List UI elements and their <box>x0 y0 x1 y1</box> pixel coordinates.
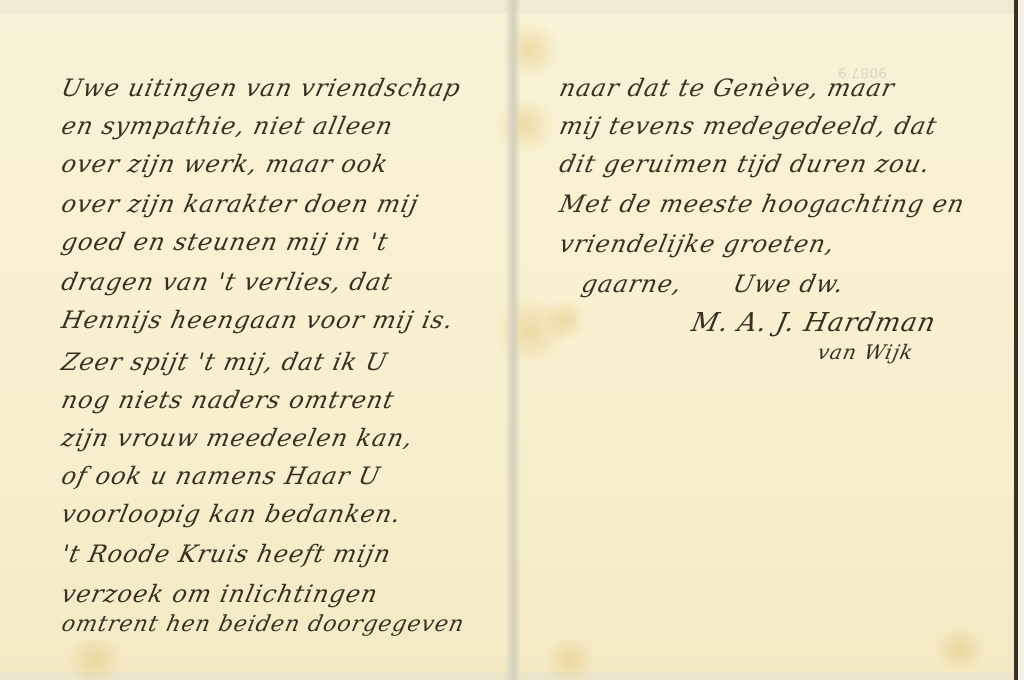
text-line: voorloopig kan bedanken. <box>59 500 404 528</box>
signature-line-2: van Wijk <box>815 340 915 364</box>
text-line: Met de meeste hoogachting en <box>557 190 968 218</box>
text-line: goed en steunen mij in 't <box>59 228 391 256</box>
text-line: naar dat te Genève, maar <box>557 74 897 102</box>
text-line: dragen van 't verlies, dat <box>59 268 395 296</box>
text-line: 't Roode Kruis heeft mijn <box>59 540 394 568</box>
text-line: verzoek om inlichtingen <box>59 580 381 608</box>
text-line: over zijn werk, maar ook <box>59 150 391 178</box>
text-line: gaarne, Uwe dw. <box>579 270 847 298</box>
text-line: vriendelijke groeten, <box>557 230 837 258</box>
right-page: naar dat te Genève, maar mij tevens mede… <box>516 0 1010 680</box>
text-line: zijn vrouw meedeelen kan, <box>59 424 416 452</box>
text-line: nog niets naders omtrent <box>59 386 397 414</box>
left-page: Uwe uitingen van vriendschap en sympathi… <box>0 0 510 680</box>
text-line: omtrent hen beiden doorgegeven <box>59 612 466 637</box>
text-line: dit geruimen tijd duren zou. <box>557 150 933 178</box>
text-line: Hennijs heengaan voor mij is. <box>59 306 456 334</box>
text-line: over zijn karakter doen mij <box>59 190 421 218</box>
text-line: Zeer spijt 't mij, dat ik U <box>59 348 390 376</box>
signature: M. A. J. Hardman <box>689 308 939 338</box>
scan-background <box>1018 0 1024 680</box>
text-line: Uwe uitingen van vriendschap <box>59 74 464 102</box>
text-line: mij tevens medegedeeld, dat <box>557 112 940 140</box>
text-line: en sympathie, niet alleen <box>59 112 396 140</box>
letter-scan: Uwe uitingen van vriendschap en sympathi… <box>0 0 1024 680</box>
text-line: of ook u namens Haar U <box>59 462 383 490</box>
